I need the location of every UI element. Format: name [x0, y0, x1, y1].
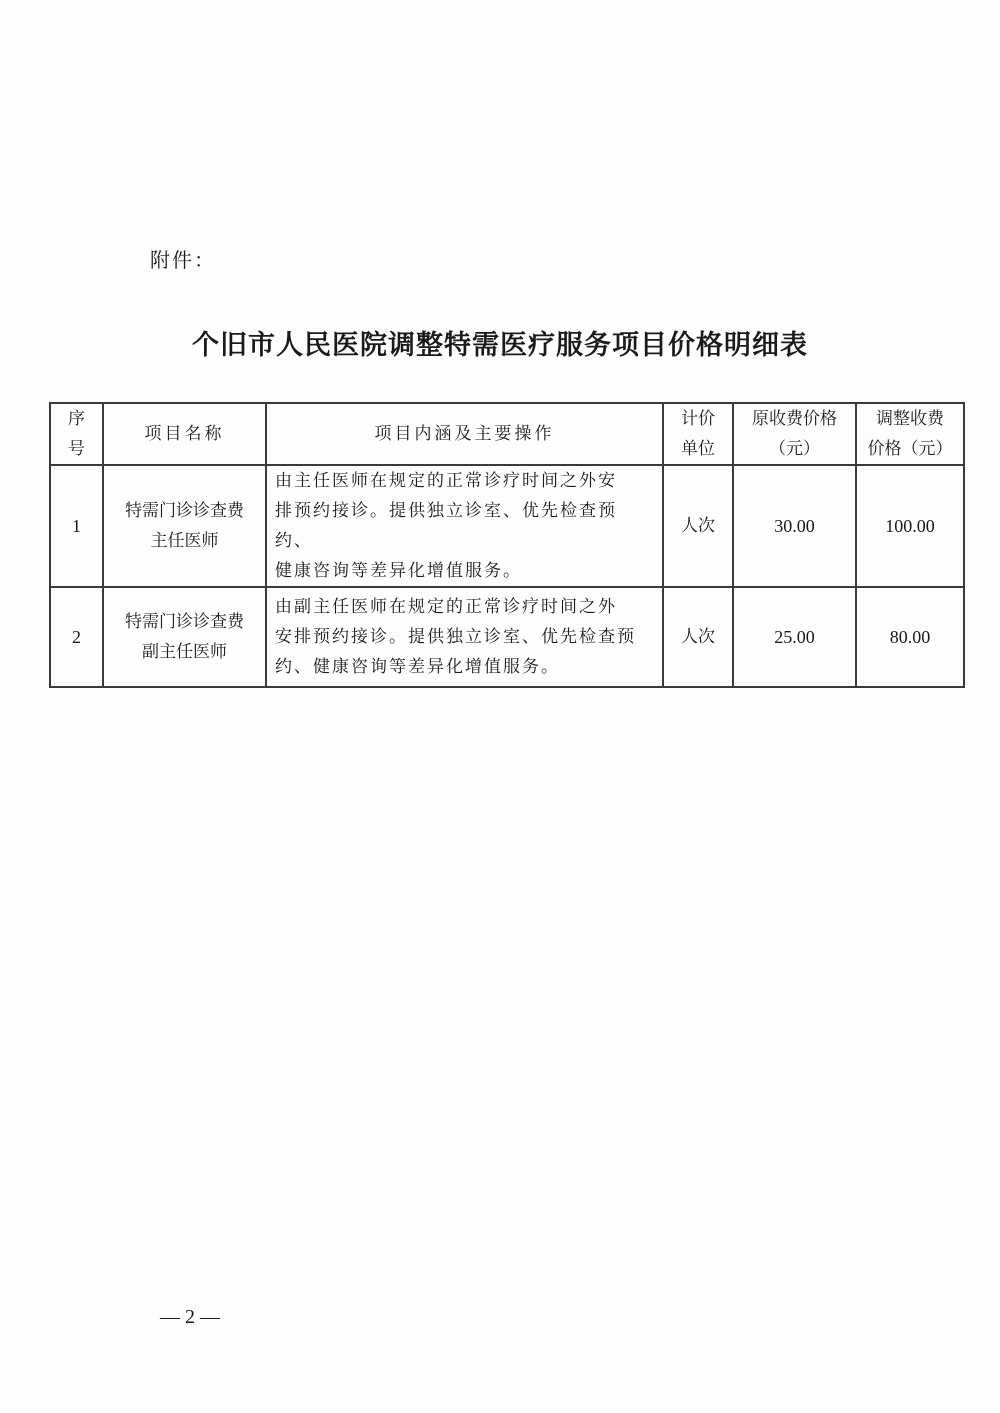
header-text: 原收费价格	[738, 404, 851, 434]
row-name: 特需门诊诊查费 主任医师	[103, 465, 266, 587]
document-title: 个旧市人民医院调整特需医疗服务项目价格明细表	[0, 323, 1000, 362]
header-content: 项目内涵及主要操作	[266, 403, 663, 465]
header-name: 项目名称	[103, 403, 266, 465]
header-text: 单位	[668, 434, 728, 464]
row-content: 由主任医师在规定的正常诊疗时间之外安 排预约接诊。提供独立诊室、优先检查预约、 …	[266, 465, 663, 587]
header-text: 序	[55, 404, 98, 434]
row-index: 2	[50, 587, 103, 687]
page-number: — 2 —	[140, 1306, 240, 1329]
row-index: 1	[50, 465, 103, 587]
cell-text: 主任医师	[108, 526, 261, 556]
cell-text: 由副主任医师在规定的正常诊疗时间之外	[275, 592, 654, 622]
row-content: 由副主任医师在规定的正常诊疗时间之外 安排预约接诊。提供独立诊室、优先检查预 约…	[266, 587, 663, 687]
cell-text: 安排预约接诊。提供独立诊室、优先检查预	[275, 622, 654, 652]
header-unit: 计价 单位	[663, 403, 733, 465]
row-name: 特需门诊诊查费 副主任医师	[103, 587, 266, 687]
price-detail-table: 序 号 项目名称 项目内涵及主要操作 计价 单位 原收费价格 （元） 调整收费 …	[49, 402, 965, 688]
cell-text: 由主任医师在规定的正常诊疗时间之外安	[275, 466, 654, 496]
header-text: 号	[55, 434, 98, 464]
row-unit: 人次	[663, 587, 733, 687]
header-text: （元）	[738, 434, 851, 464]
cell-text: 排预约接诊。提供独立诊室、优先检查预约、	[275, 496, 654, 556]
cell-text: 副主任医师	[108, 637, 261, 667]
header-adjusted-price: 调整收费 价格（元）	[856, 403, 964, 465]
table-row: 2 特需门诊诊查费 副主任医师 由副主任医师在规定的正常诊疗时间之外 安排预约接…	[50, 587, 964, 687]
row-original-price: 30.00	[733, 465, 856, 587]
header-text: 调整收费	[861, 404, 959, 434]
header-index: 序 号	[50, 403, 103, 465]
cell-text: 健康咨询等差异化增值服务。	[275, 556, 654, 586]
header-text: 计价	[668, 404, 728, 434]
table-row: 1 特需门诊诊查费 主任医师 由主任医师在规定的正常诊疗时间之外安 排预约接诊。…	[50, 465, 964, 587]
header-original-price: 原收费价格 （元）	[733, 403, 856, 465]
header-text: 价格（元）	[861, 434, 959, 464]
row-original-price: 25.00	[733, 587, 856, 687]
cell-text: 特需门诊诊查费	[108, 607, 261, 637]
cell-text: 约、健康咨询等差异化增值服务。	[275, 652, 654, 682]
table-header-row: 序 号 项目名称 项目内涵及主要操作 计价 单位 原收费价格 （元） 调整收费 …	[50, 403, 964, 465]
row-adjusted-price: 80.00	[856, 587, 964, 687]
row-unit: 人次	[663, 465, 733, 587]
cell-text: 特需门诊诊查费	[108, 496, 261, 526]
attachment-label: 附件：	[150, 244, 216, 273]
row-adjusted-price: 100.00	[856, 465, 964, 587]
